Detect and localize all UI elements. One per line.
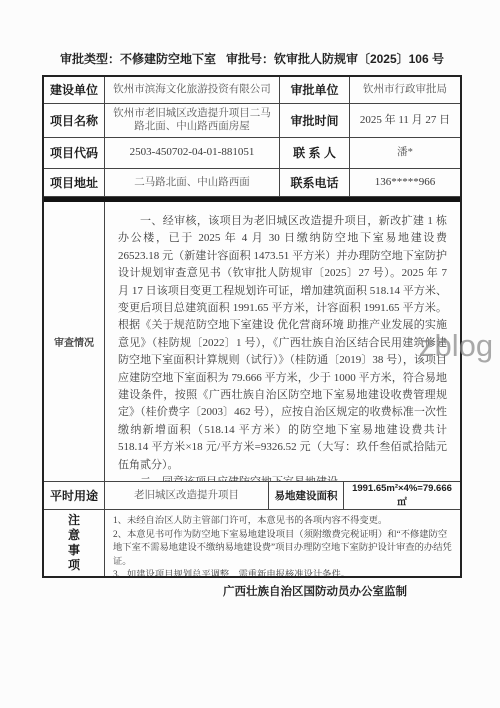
field-label-contact-person: 联 系 人 (280, 138, 350, 168)
field-label-approval-unit: 审批单位 (280, 77, 350, 103)
approval-type-label: 审批类型：不修建防空地下室 (60, 50, 216, 67)
notes-section-body: 1、未经自治区人防主管部门许可，本意见书的各项内容不得变更。 2、本意见书可作为… (105, 510, 460, 576)
review-section-body: 一、经审核，该项目为老旧城区改造提升项目，新改扩建 1 栋办公楼，已于 2025… (105, 202, 460, 481)
table-row: 项目地址 二马路北面、中山路西面 联系电话 136*****966 (44, 169, 460, 198)
notes-row: 注意事项 1、未经自治区人防主管部门许可，本意见书的各项内容不得变更。 2、本意… (44, 510, 460, 576)
issuer-footer: 广西壮族自治区国防动员办公室监制 (42, 583, 462, 599)
document-header: 审批类型：不修建防空地下室 审批号：钦审批人防规审〔2025〕106 号 (42, 50, 462, 67)
table-row: 项目名称 钦州市老旧城区改造提升项目二马路北面、中山路西面房屋 审批时间 202… (44, 104, 460, 138)
table-row: 项目代码 2503-450702-04-01-881051 联 系 人 潘* (44, 138, 460, 169)
field-value-approval-time: 2025 年 11 月 27 日 (350, 104, 460, 137)
field-value-construction-unit: 钦州市滨海文化旅游投资有限公司 (105, 77, 280, 103)
notes-label-text: 注意事项 (68, 513, 81, 573)
review-paragraph-2: 二、同意该项目应建防空地下室易地建设。 (118, 474, 447, 481)
review-paragraph-1: 一、经审核，该项目为老旧城区改造提升项目，新改扩建 1 栋办公楼，已于 2025… (118, 213, 447, 474)
field-value-project-code: 2503-450702-04-01-881051 (105, 138, 280, 168)
field-value-project-name: 钦州市老旧城区改造提升项目二马路北面、中山路西面房屋 (105, 104, 280, 137)
field-value-project-address: 二马路北面、中山路西面 (105, 169, 280, 197)
review-section-row: 审查情况 一、经审核，该项目为老旧城区改造提升项目，新改扩建 1 栋办公楼，已于… (44, 202, 460, 482)
field-value-contact-phone: 136*****966 (350, 169, 460, 197)
field-value-contact-person: 潘* (350, 138, 460, 168)
note-item-3: 3、如建设项目规划总平调整，需重新申报核准设计条件。 (113, 569, 452, 576)
field-label-contact-phone: 联系电话 (280, 169, 350, 197)
field-value-offsite-area: 1991.65m²×4%=79.666 ㎡ (344, 482, 460, 509)
approval-form-table: 建设单位 钦州市滨海文化旅游投资有限公司 审批单位 钦州市行政审批局 项目名称 … (42, 75, 462, 578)
usage-row: 平时用途 老旧城区改造提升项目 易地建设面积 1991.65m²×4%=79.6… (44, 482, 460, 510)
field-label-project-address: 项目地址 (44, 169, 105, 197)
field-value-approval-unit: 钦州市行政审批局 (350, 77, 460, 103)
field-label-project-code: 项目代码 (44, 138, 105, 168)
approval-number-label: 审批号：钦审批人防规审〔2025〕106 号 (226, 50, 444, 67)
notes-section-label: 注意事项 (44, 510, 105, 576)
review-section-label: 审查情况 (44, 202, 105, 481)
field-label-peacetime-use: 平时用途 (44, 482, 105, 509)
field-label-offsite-area: 易地建设面积 (269, 482, 344, 509)
note-item-2: 2、本意见书可作为防空地下室易地建设项目（须附缴费完税证明）和“不修建防空地下室… (113, 529, 452, 570)
field-label-construction-unit: 建设单位 (44, 77, 105, 103)
field-label-project-name: 项目名称 (44, 104, 105, 137)
note-item-1: 1、未经自治区人防主管部门许可，本意见书的各项内容不得变更。 (113, 515, 452, 529)
field-value-peacetime-use: 老旧城区改造提升项目 (105, 482, 269, 509)
field-label-approval-time: 审批时间 (280, 104, 350, 137)
table-row: 建设单位 钦州市滨海文化旅游投资有限公司 审批单位 钦州市行政审批局 (44, 77, 460, 104)
